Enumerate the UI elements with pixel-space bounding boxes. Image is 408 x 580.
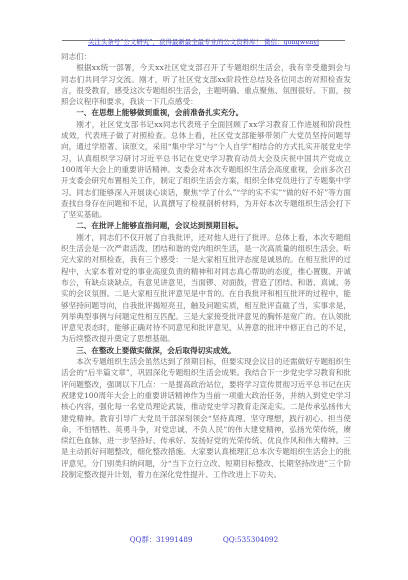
qq-group-text: QQ群：31991489: [130, 535, 193, 544]
section-heading-2: 二、在批评上能够直指问题，会议达到预期目标。: [61, 220, 351, 231]
document-body: 同志们： 根据xx统一部署，今天xx社区党支部召开了专题组织生活会，我有幸受邀到…: [61, 51, 351, 480]
section-heading-1: 一、在思想上能够做到重视，会前准备扎实充分。: [61, 107, 351, 118]
salutation: 同志们：: [61, 51, 351, 62]
paragraph-section-2: 刚才，同志们不仅开展了自我批评，还对他人进行了批评。总体上看，本次专题组织生活会…: [61, 232, 351, 345]
qq-text: QQ:535304092: [223, 535, 278, 544]
promo-link[interactable]: 关注头条号“公文研究”，获得最新最全最专业的公文资料库！ 微信：gongweny…: [88, 38, 319, 46]
contact-footer: QQ群：31991489 QQ:535304092: [0, 535, 408, 545]
promo-header: 关注头条号“公文研究”，获得最新最全最专业的公文资料库！ 微信：gongweny…: [62, 30, 345, 41]
section-heading-3: 三、在整改上要做实做深，会后取得切实成效。: [61, 345, 351, 356]
paragraph-section-1: 刚才，社区党支部书记xx同志代表班子全面回顾了xx学习教育工作进展和阶段性成效，…: [61, 119, 351, 221]
paragraph-section-3: 本次专题组织生活会虽然达到了预期目标，但要实现会议目的还需做好专题组织生活会的“…: [61, 356, 351, 480]
paragraph-intro: 根据xx统一部署，今天xx社区党支部召开了专题组织生活会，我有幸受邀到会与同志们…: [61, 62, 351, 107]
